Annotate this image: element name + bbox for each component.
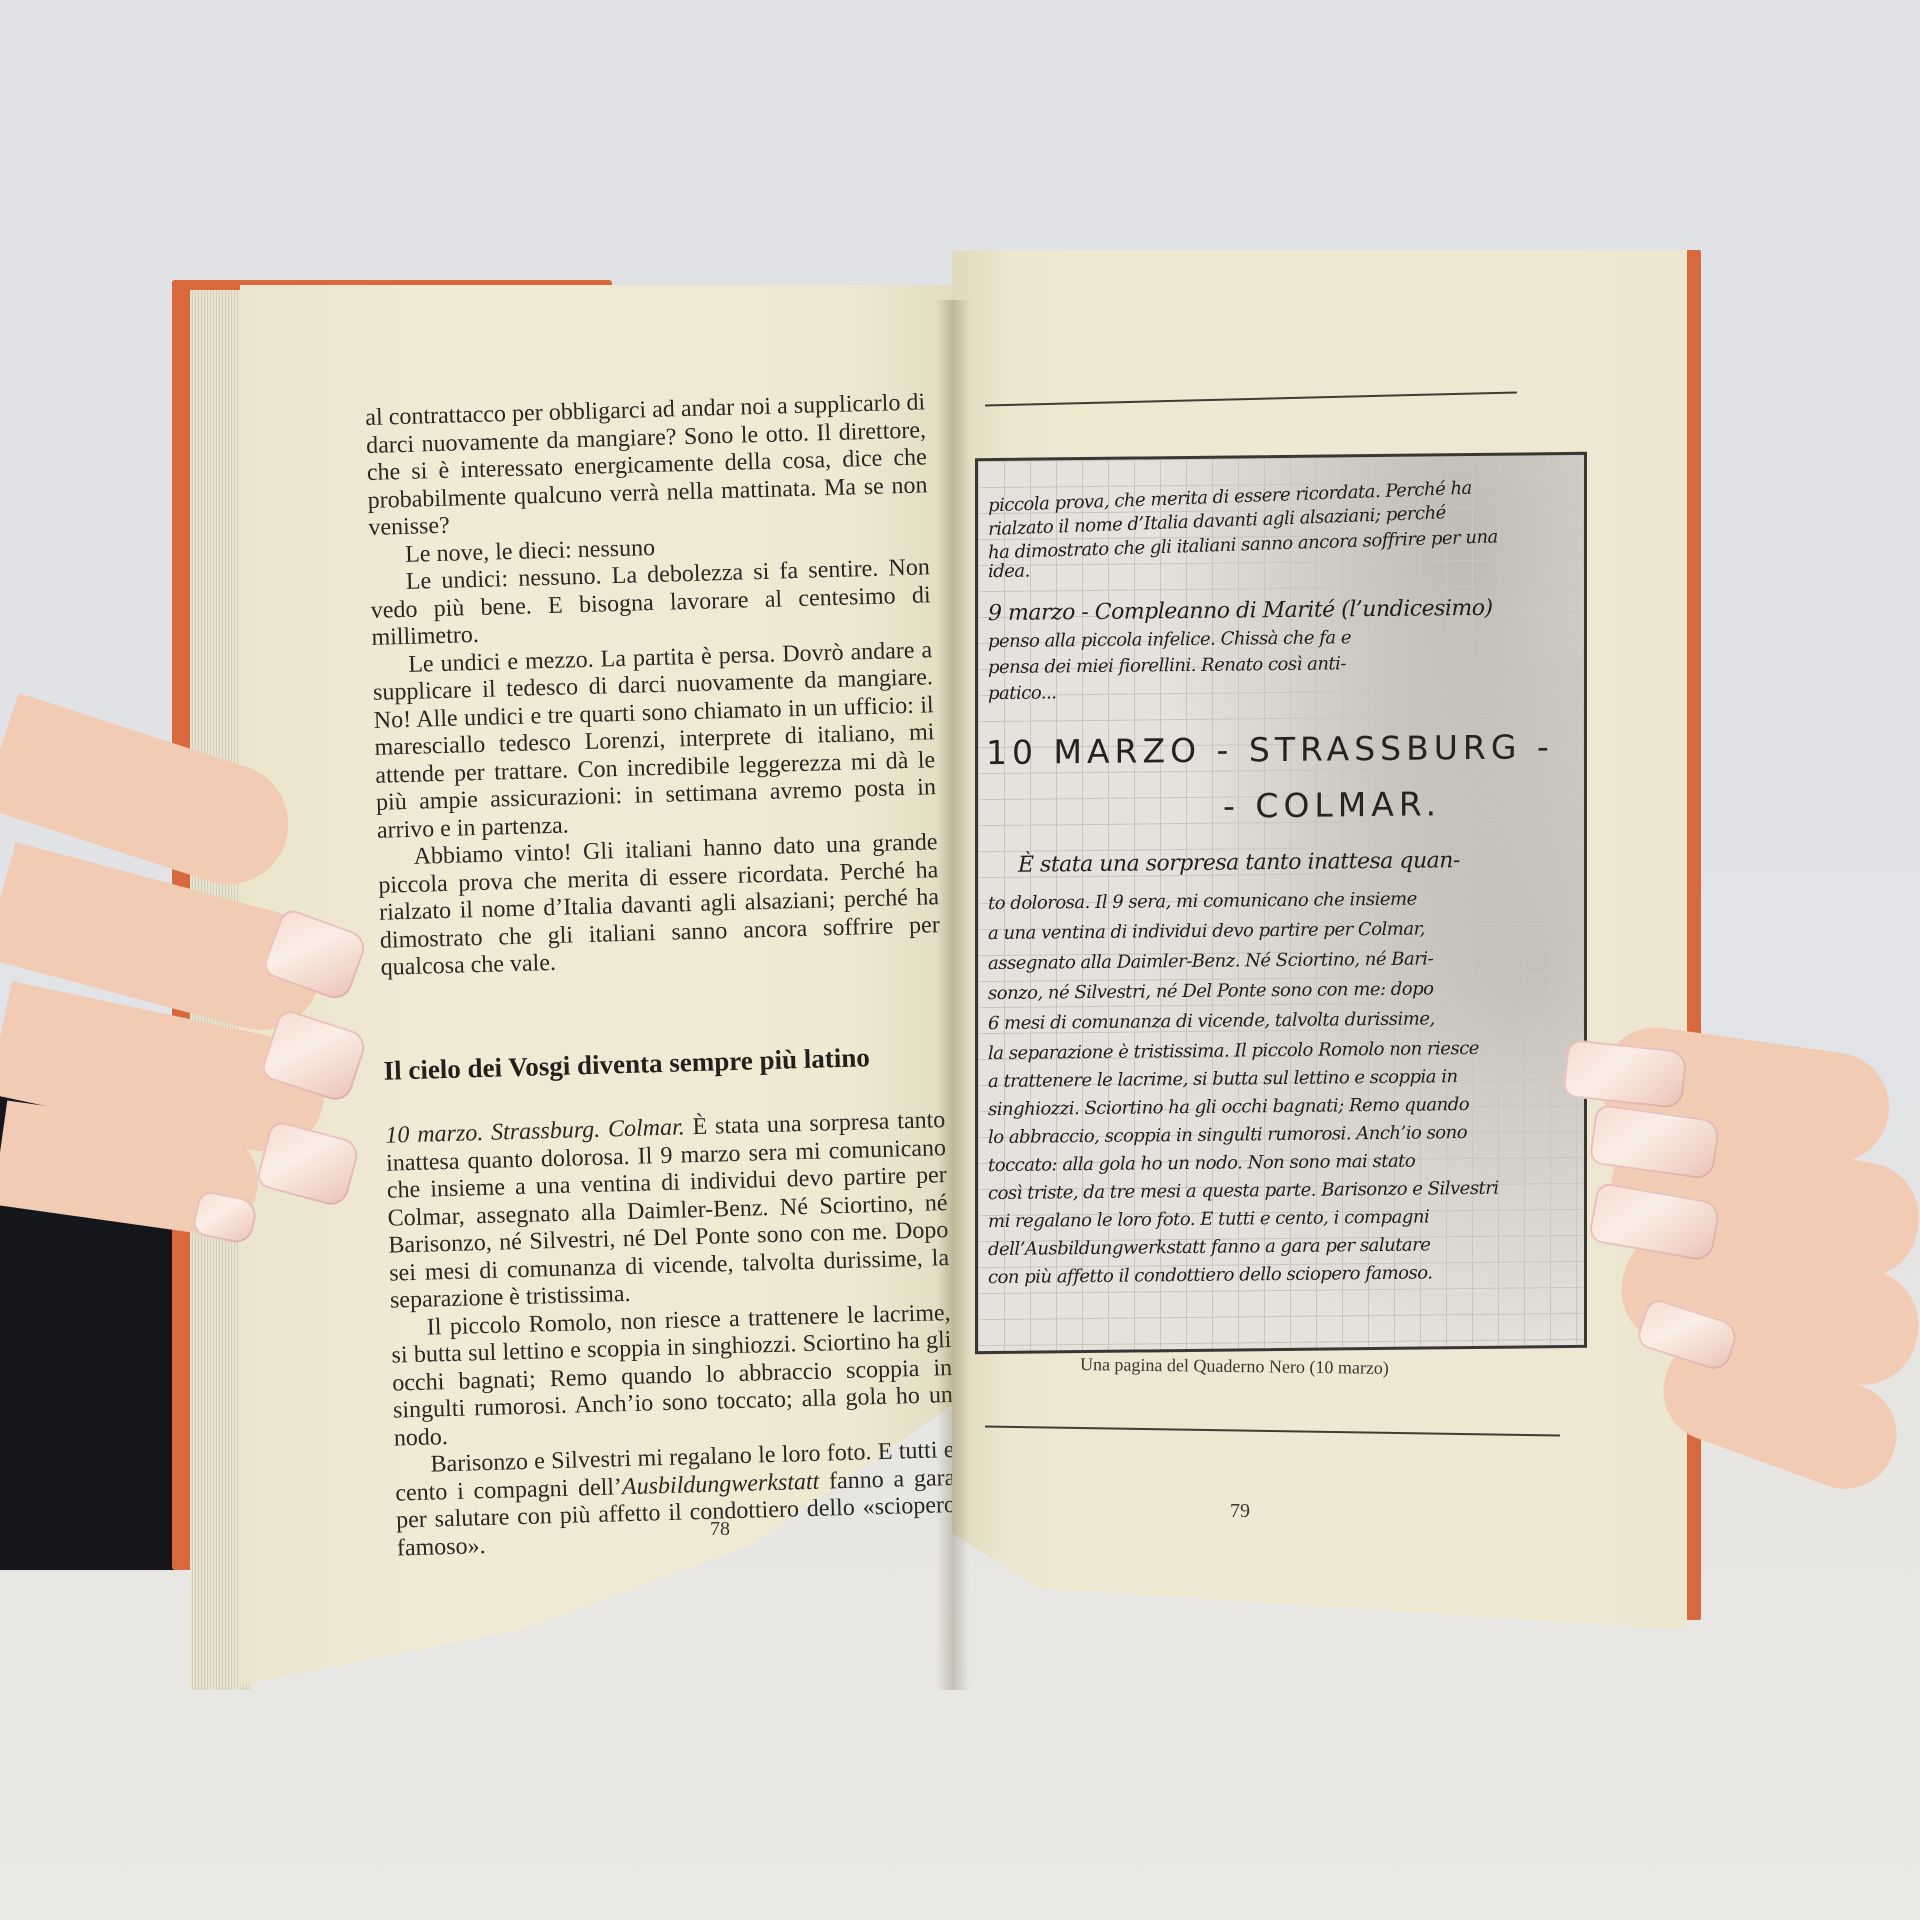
handwriting-line: lo abbraccio, scoppia in singulti rumoro…: [988, 1122, 1467, 1148]
handwriting-line: a una ventina di individui devo partire …: [988, 918, 1425, 944]
handwriting-line: così triste, da tre mesi a questa parte.…: [988, 1178, 1499, 1204]
paragraph: al contrattacco per obbligarci ad andar …: [365, 389, 929, 542]
handwriting-line: È stata una sorpresa tanto inattesa quan…: [1018, 848, 1460, 878]
section-first-paragraph: 10 marzo. Strassburg. Colmar. È stata un…: [385, 1107, 950, 1315]
handwriting-line: assegnato alla Daimler-Benz. Né Sciortin…: [988, 948, 1433, 974]
paragraph: Le undici: nessuno. La debolezza si fa s…: [370, 554, 932, 652]
handwriting-line: penso alla piccola infelice. Chissà che …: [988, 627, 1351, 652]
paragraph: Le undici e mezzo. La partita è persa. D…: [372, 637, 937, 845]
section-heading: Il cielo dei Vosgi diventa sempre più la…: [383, 1042, 944, 1085]
handwriting-line: a trattenere le lacrime, si butta sul le…: [988, 1066, 1458, 1092]
image-caption: Una pagina del Quaderno Nero (10 marzo): [1080, 1354, 1389, 1379]
handwriting-line: toccato: alla gola ho un nodo. Non sono …: [988, 1151, 1415, 1176]
left-page-text: al contrattacco per obbligarci ad andar …: [365, 389, 957, 1562]
handwriting-line: patico...: [988, 682, 1057, 704]
handwritten-date-heading: 10 MARZO - STRASSBURG -: [986, 727, 1554, 772]
handwriting-line: 9 marzo - Compleanno di Marité (l’undice…: [988, 596, 1493, 626]
fingernail: [1562, 1039, 1687, 1109]
handwriting-line: idea.: [988, 561, 1030, 582]
handwriting-line: 6 mesi di comunanza di vicende, talvolta…: [988, 1008, 1435, 1034]
handwritten-place-heading: - COLMAR.: [1223, 784, 1441, 825]
page-number-left: 78: [710, 1518, 730, 1541]
handwriting-line: mi regalano le loro foto. E tutti e cent…: [988, 1206, 1429, 1232]
handwriting-line: dell’Ausbildungwerkstatt fanno a gara pe…: [988, 1234, 1430, 1260]
paragraph: Il piccolo Romolo, non riesce a trattene…: [390, 1300, 954, 1453]
handwriting-line: pensa dei miei fiorellini. Renato così a…: [988, 653, 1346, 678]
handwriting-line: con più affetto il condottiero dello sci…: [988, 1262, 1432, 1288]
handwriting-line: la separazione è tristissima. Il piccolo…: [988, 1038, 1479, 1064]
paragraph: Barisonzo e Silvestri mi regalano le lor…: [394, 1437, 957, 1563]
page-number-right: 79: [1230, 1500, 1250, 1523]
spine-shadow: [936, 300, 970, 1690]
handwriting-line: to dolorosa. Il 9 sera, mi comunicano ch…: [988, 889, 1417, 914]
handwriting-line: sonzo, né Silvestri, né Del Ponte sono c…: [988, 978, 1433, 1004]
handwritten-notebook-image: piccola prova, che merita di essere rico…: [975, 452, 1587, 1354]
paragraph: Abbiamo vinto! Gli italiani hanno dato u…: [377, 829, 941, 982]
handwriting-line: singhiozzi. Sciortino ha gli occhi bagna…: [988, 1094, 1469, 1120]
